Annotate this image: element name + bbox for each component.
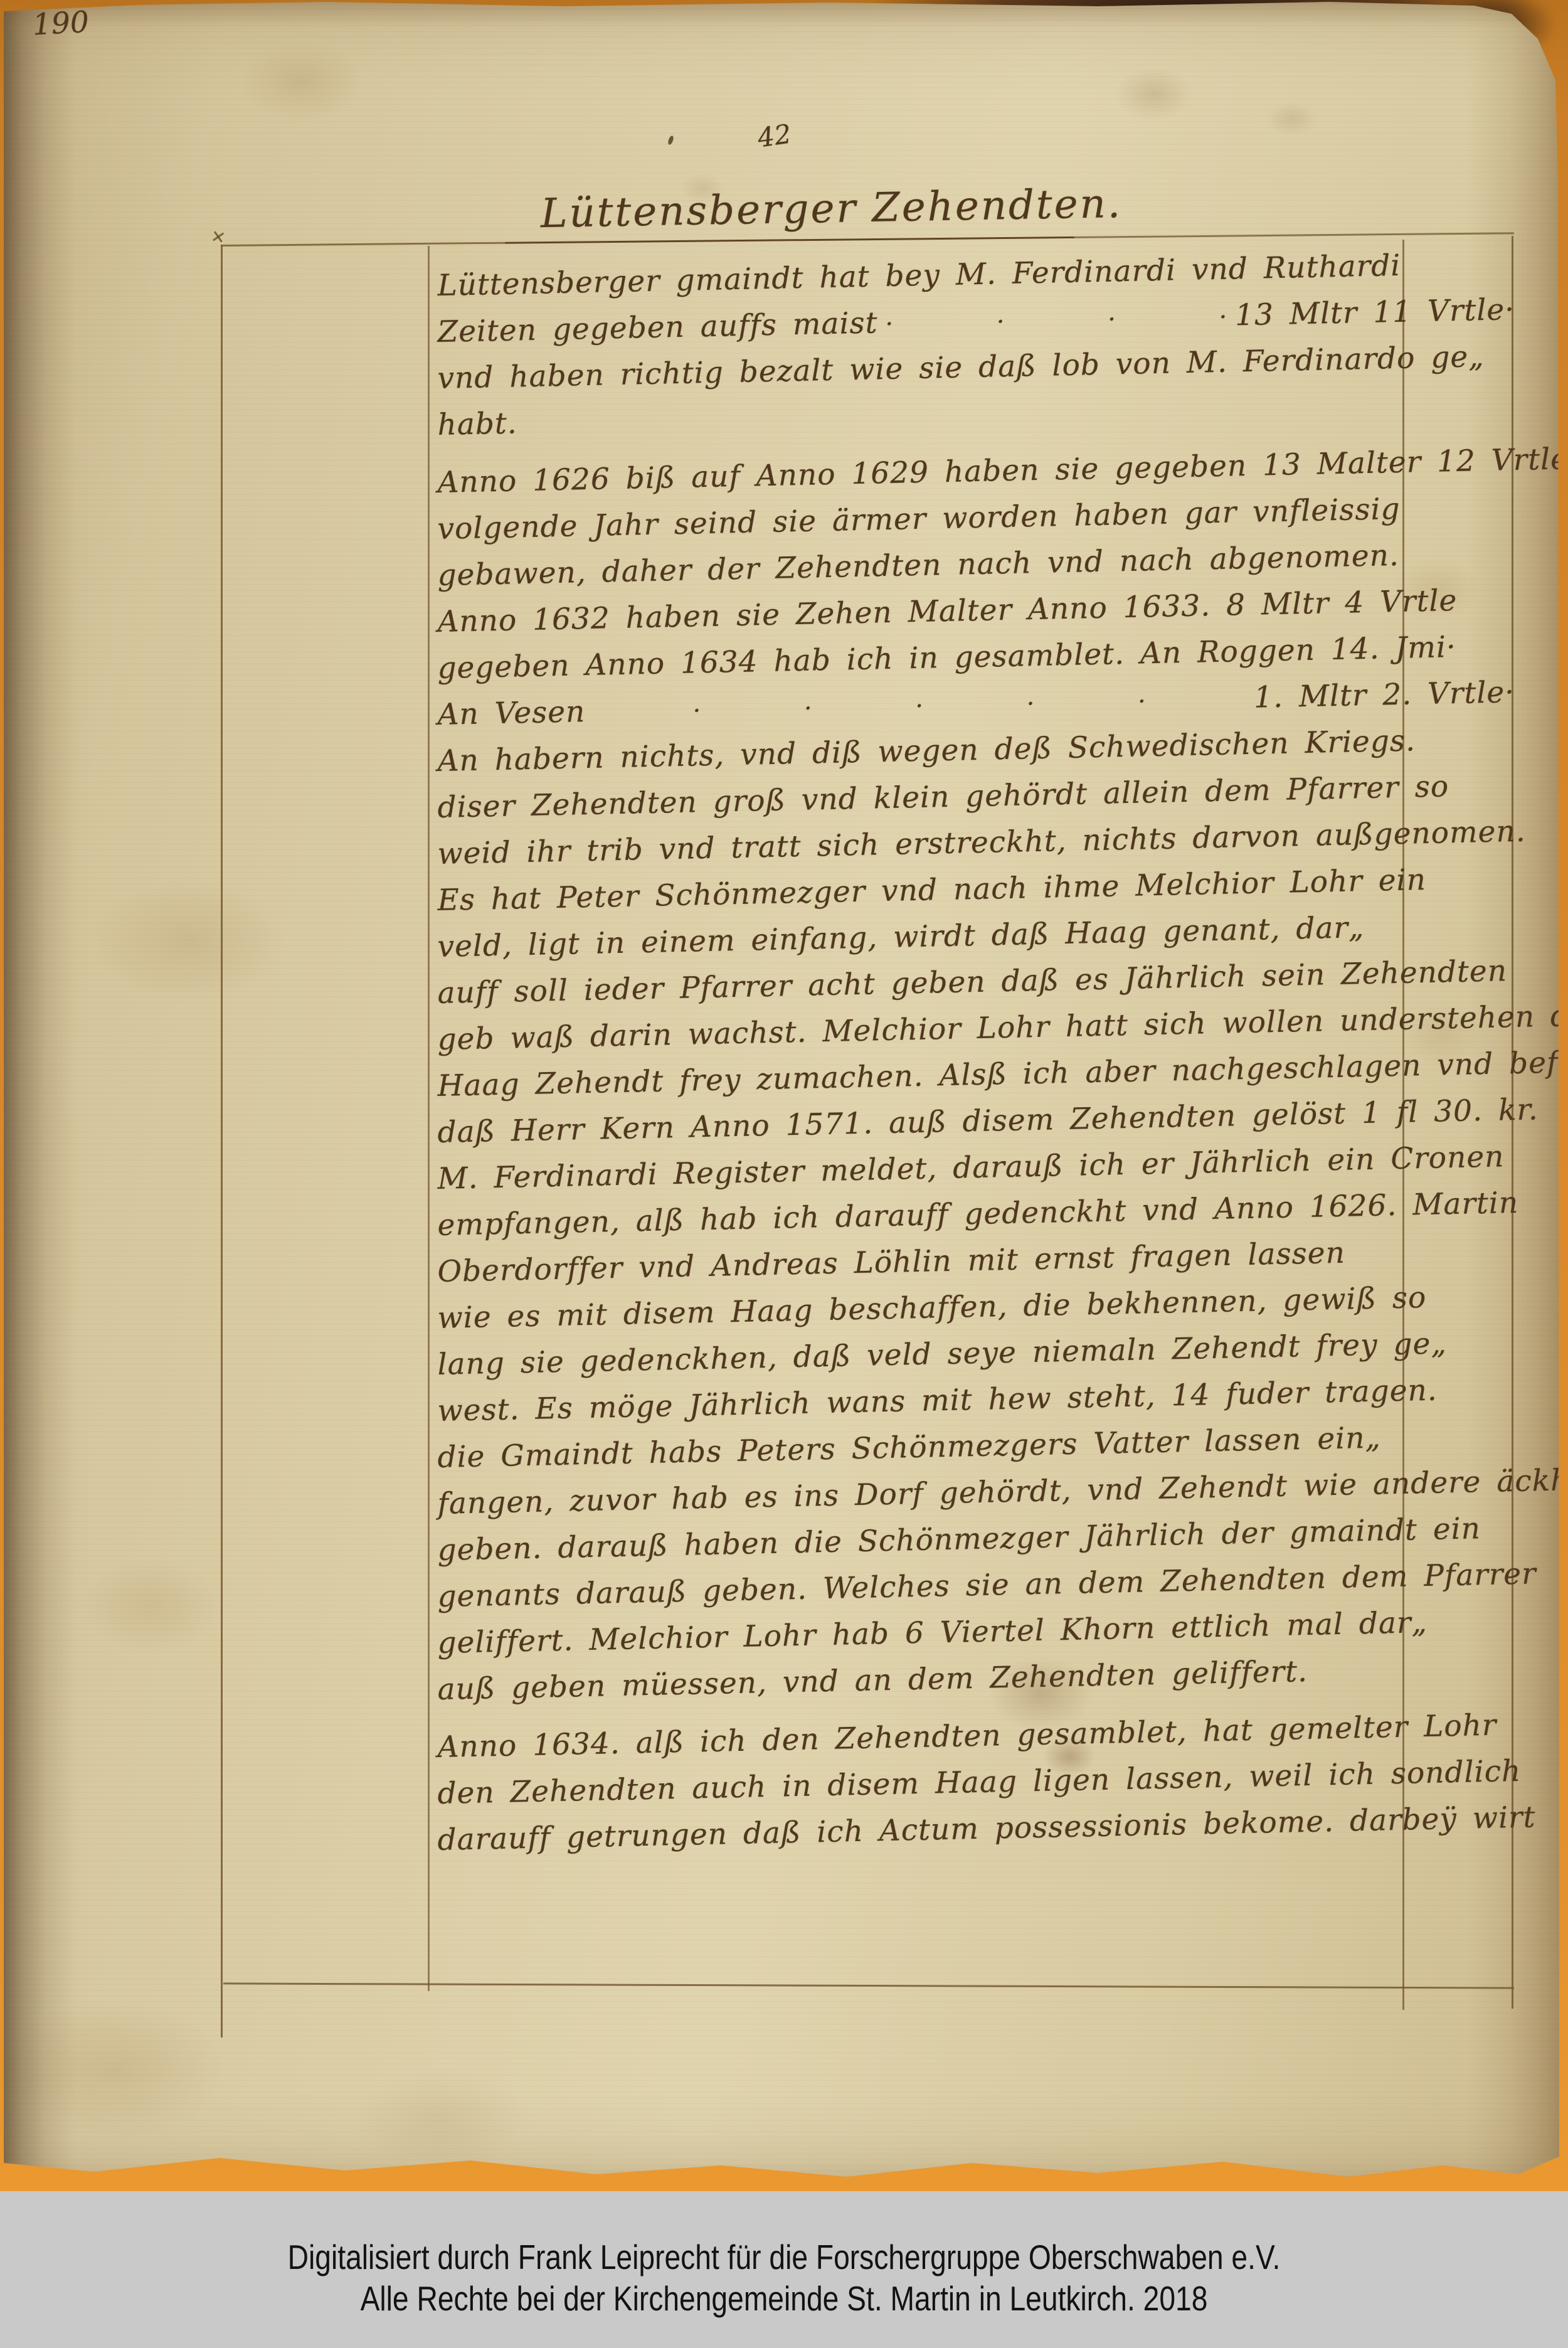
- corner-mark: 42: [756, 119, 793, 154]
- caption-line-1: Digitalisiert durch Frank Leiprecht für …: [125, 2236, 1443, 2278]
- digitization-caption-bar: Digitalisiert durch Frank Leiprecht für …: [0, 2191, 1568, 2348]
- caption-line-2: Alle Rechte bei der Kirchengemeinde St. …: [125, 2278, 1443, 2319]
- scanned-manuscript: 190 42 Lüttensberger Zehendten. Lüttensb…: [0, 0, 1568, 2348]
- line-text: An Vesen: [437, 694, 586, 732]
- manuscript-text: Lüttensberger gmaindt hat bey M. Ferdina…: [438, 268, 1515, 1869]
- line-amount: 1. Mltr 2. Vrtle·: [1254, 675, 1515, 715]
- folio-number: 190: [32, 5, 90, 43]
- frame-rule-left-outer: [221, 245, 223, 2037]
- manuscript-page: 190 42 Lüttensberger Zehendten. Lüttensb…: [0, 0, 1560, 2183]
- line-amount: 13 Mltr 11 Vrtle·: [1235, 292, 1515, 332]
- frame-rule-left-inner: [428, 246, 430, 1991]
- line-text: Anno 1634. alß ich den Zehendten gesambl…: [437, 1708, 1497, 1765]
- dot-leader: · · · ·: [877, 302, 1236, 339]
- line-text: habt.: [437, 406, 517, 442]
